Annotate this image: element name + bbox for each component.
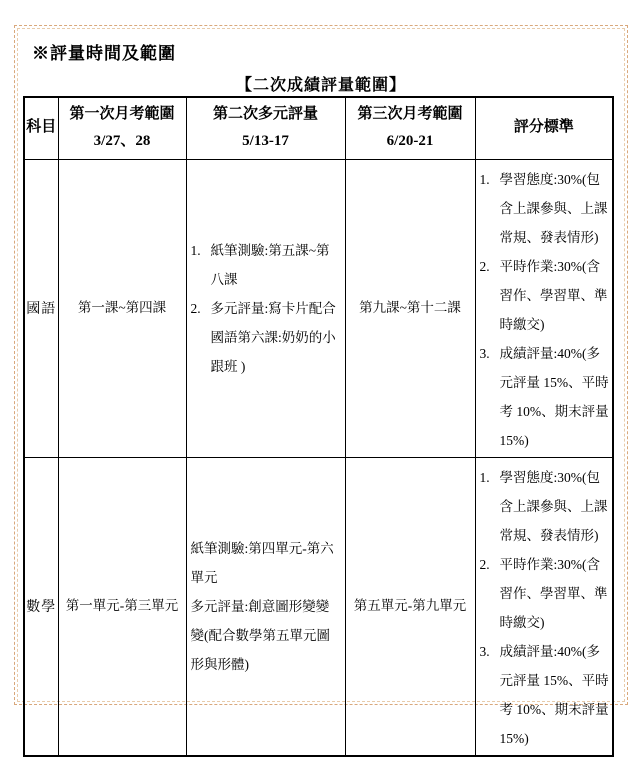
assessment-item: 1. 紙筆測驗:第五課~第八課 xyxy=(191,236,343,294)
header-exam1-label: 第一次月考範圍 xyxy=(60,101,185,129)
header-subject: 科目 xyxy=(24,97,58,159)
header-assessment-label: 第二次多元評量 xyxy=(188,101,344,129)
assessment-cell-math: 紙筆測驗:第四單元-第六單元 多元評量:創意圖形變變變(配合數學第五單元圖形與形… xyxy=(186,457,345,756)
exam1-cell-chinese: 第一課~第四課 xyxy=(58,159,186,457)
list-text: 學習態度:30%(包含上課參與、上課常規、發表情形) xyxy=(500,463,611,550)
list-text: 成績評量:40%(多元評量 15%、平時考 10%、期末評量 15%) xyxy=(500,637,611,753)
header-exam1: 第一次月考範圍 3/27、28 xyxy=(58,97,186,159)
list-text: 平時作業:30%(含習作、學習單、準時繳交) xyxy=(500,252,611,339)
table-row-math: 數學 第一單元-第三單元 紙筆測驗:第四單元-第六單元 多元評量:創意圖形變變變… xyxy=(24,457,613,756)
assessment-item: 多元評量:創意圖形變變變(配合數學第五單元圖形與形體) xyxy=(191,592,343,679)
list-number: 1. xyxy=(480,463,500,492)
list-number: 3. xyxy=(480,637,500,666)
header-exam3: 第三次月考範圍 6/20-21 xyxy=(345,97,475,159)
header-exam3-label: 第三次月考範圍 xyxy=(347,101,474,129)
header-subject-label: 科目 xyxy=(26,114,57,142)
list-text: 學習態度:30%(包含上課參與、上課常規、發表情形) xyxy=(500,165,611,252)
assessment-cell-chinese: 1. 紙筆測驗:第五課~第八課 2. 多元評量:寫卡片配合國語第六課:奶奶的小跟… xyxy=(186,159,345,457)
list-number: 1. xyxy=(480,165,500,194)
header-exam3-date: 6/20-21 xyxy=(347,128,474,156)
list-number: 2. xyxy=(480,252,500,281)
exam3-cell-math: 第五單元-第九單元 xyxy=(345,457,475,756)
page-border-inner: ※評量時間及範圍 【二次成績評量範圍】 科目 第一次月考範圍 3/27、28 xyxy=(17,28,625,702)
header-row: 科目 第一次月考範圍 3/27、28 第二次多元評量 5/13-17 第三次月考… xyxy=(24,97,613,159)
table-title: 【二次成績評量範圍】 xyxy=(18,72,624,95)
list-text: 紙筆測驗:第五課~第八課 xyxy=(211,236,343,294)
criteria-cell-chinese: 1. 學習態度:30%(包含上課參與、上課常規、發表情形) 2. 平時作業:30… xyxy=(475,159,613,457)
evaluation-table: 科目 第一次月考範圍 3/27、28 第二次多元評量 5/13-17 第三次月考… xyxy=(23,96,614,757)
table-row-chinese: 國語 第一課~第四課 1. 紙筆測驗:第五課~第八課 2. 多元評量:寫卡片配合… xyxy=(24,159,613,457)
page-border: ※評量時間及範圍 【二次成績評量範圍】 科目 第一次月考範圍 3/27、28 xyxy=(14,25,628,705)
list-number: 2. xyxy=(191,294,211,323)
assessment-item: 紙筆測驗:第四單元-第六單元 xyxy=(191,534,343,592)
header-criteria: 評分標準 xyxy=(475,97,613,159)
header-assessment-date: 5/13-17 xyxy=(188,128,344,156)
criteria-item: 3. 成績評量:40%(多元評量 15%、平時考 10%、期末評量 15%) xyxy=(480,339,611,455)
criteria-item: 2. 平時作業:30%(含習作、學習單、準時繳交) xyxy=(480,550,611,637)
criteria-item: 3. 成績評量:40%(多元評量 15%、平時考 10%、期末評量 15%) xyxy=(480,637,611,753)
page-heading: ※評量時間及範圍 xyxy=(32,39,624,64)
list-text: 多元評量:寫卡片配合國語第六課:奶奶的小跟班 ) xyxy=(211,294,343,381)
subject-cell-chinese: 國語 xyxy=(24,159,58,457)
header-exam1-date: 3/27、28 xyxy=(60,128,185,156)
list-text: 平時作業:30%(含習作、學習單、準時繳交) xyxy=(500,550,611,637)
list-number: 3. xyxy=(480,339,500,368)
header-criteria-label: 評分標準 xyxy=(477,114,612,142)
criteria-cell-math: 1. 學習態度:30%(包含上課參與、上課常規、發表情形) 2. 平時作業:30… xyxy=(475,457,613,756)
criteria-item: 1. 學習態度:30%(包含上課參與、上課常規、發表情形) xyxy=(480,463,611,550)
exam1-cell-math: 第一單元-第三單元 xyxy=(58,457,186,756)
list-number: 1. xyxy=(191,236,211,265)
header-assessment: 第二次多元評量 5/13-17 xyxy=(186,97,345,159)
list-text: 多元評量:創意圖形變變變(配合數學第五單元圖形與形體) xyxy=(191,592,343,679)
exam3-cell-chinese: 第九課~第十二課 xyxy=(345,159,475,457)
list-number: 2. xyxy=(480,550,500,579)
list-text: 成績評量:40%(多元評量 15%、平時考 10%、期末評量 15%) xyxy=(500,339,611,455)
criteria-item: 2. 平時作業:30%(含習作、學習單、準時繳交) xyxy=(480,252,611,339)
criteria-item: 1. 學習態度:30%(包含上課參與、上課常規、發表情形) xyxy=(480,165,611,252)
subject-cell-math: 數學 xyxy=(24,457,58,756)
list-text: 紙筆測驗:第四單元-第六單元 xyxy=(191,534,343,592)
assessment-item: 2. 多元評量:寫卡片配合國語第六課:奶奶的小跟班 ) xyxy=(191,294,343,381)
